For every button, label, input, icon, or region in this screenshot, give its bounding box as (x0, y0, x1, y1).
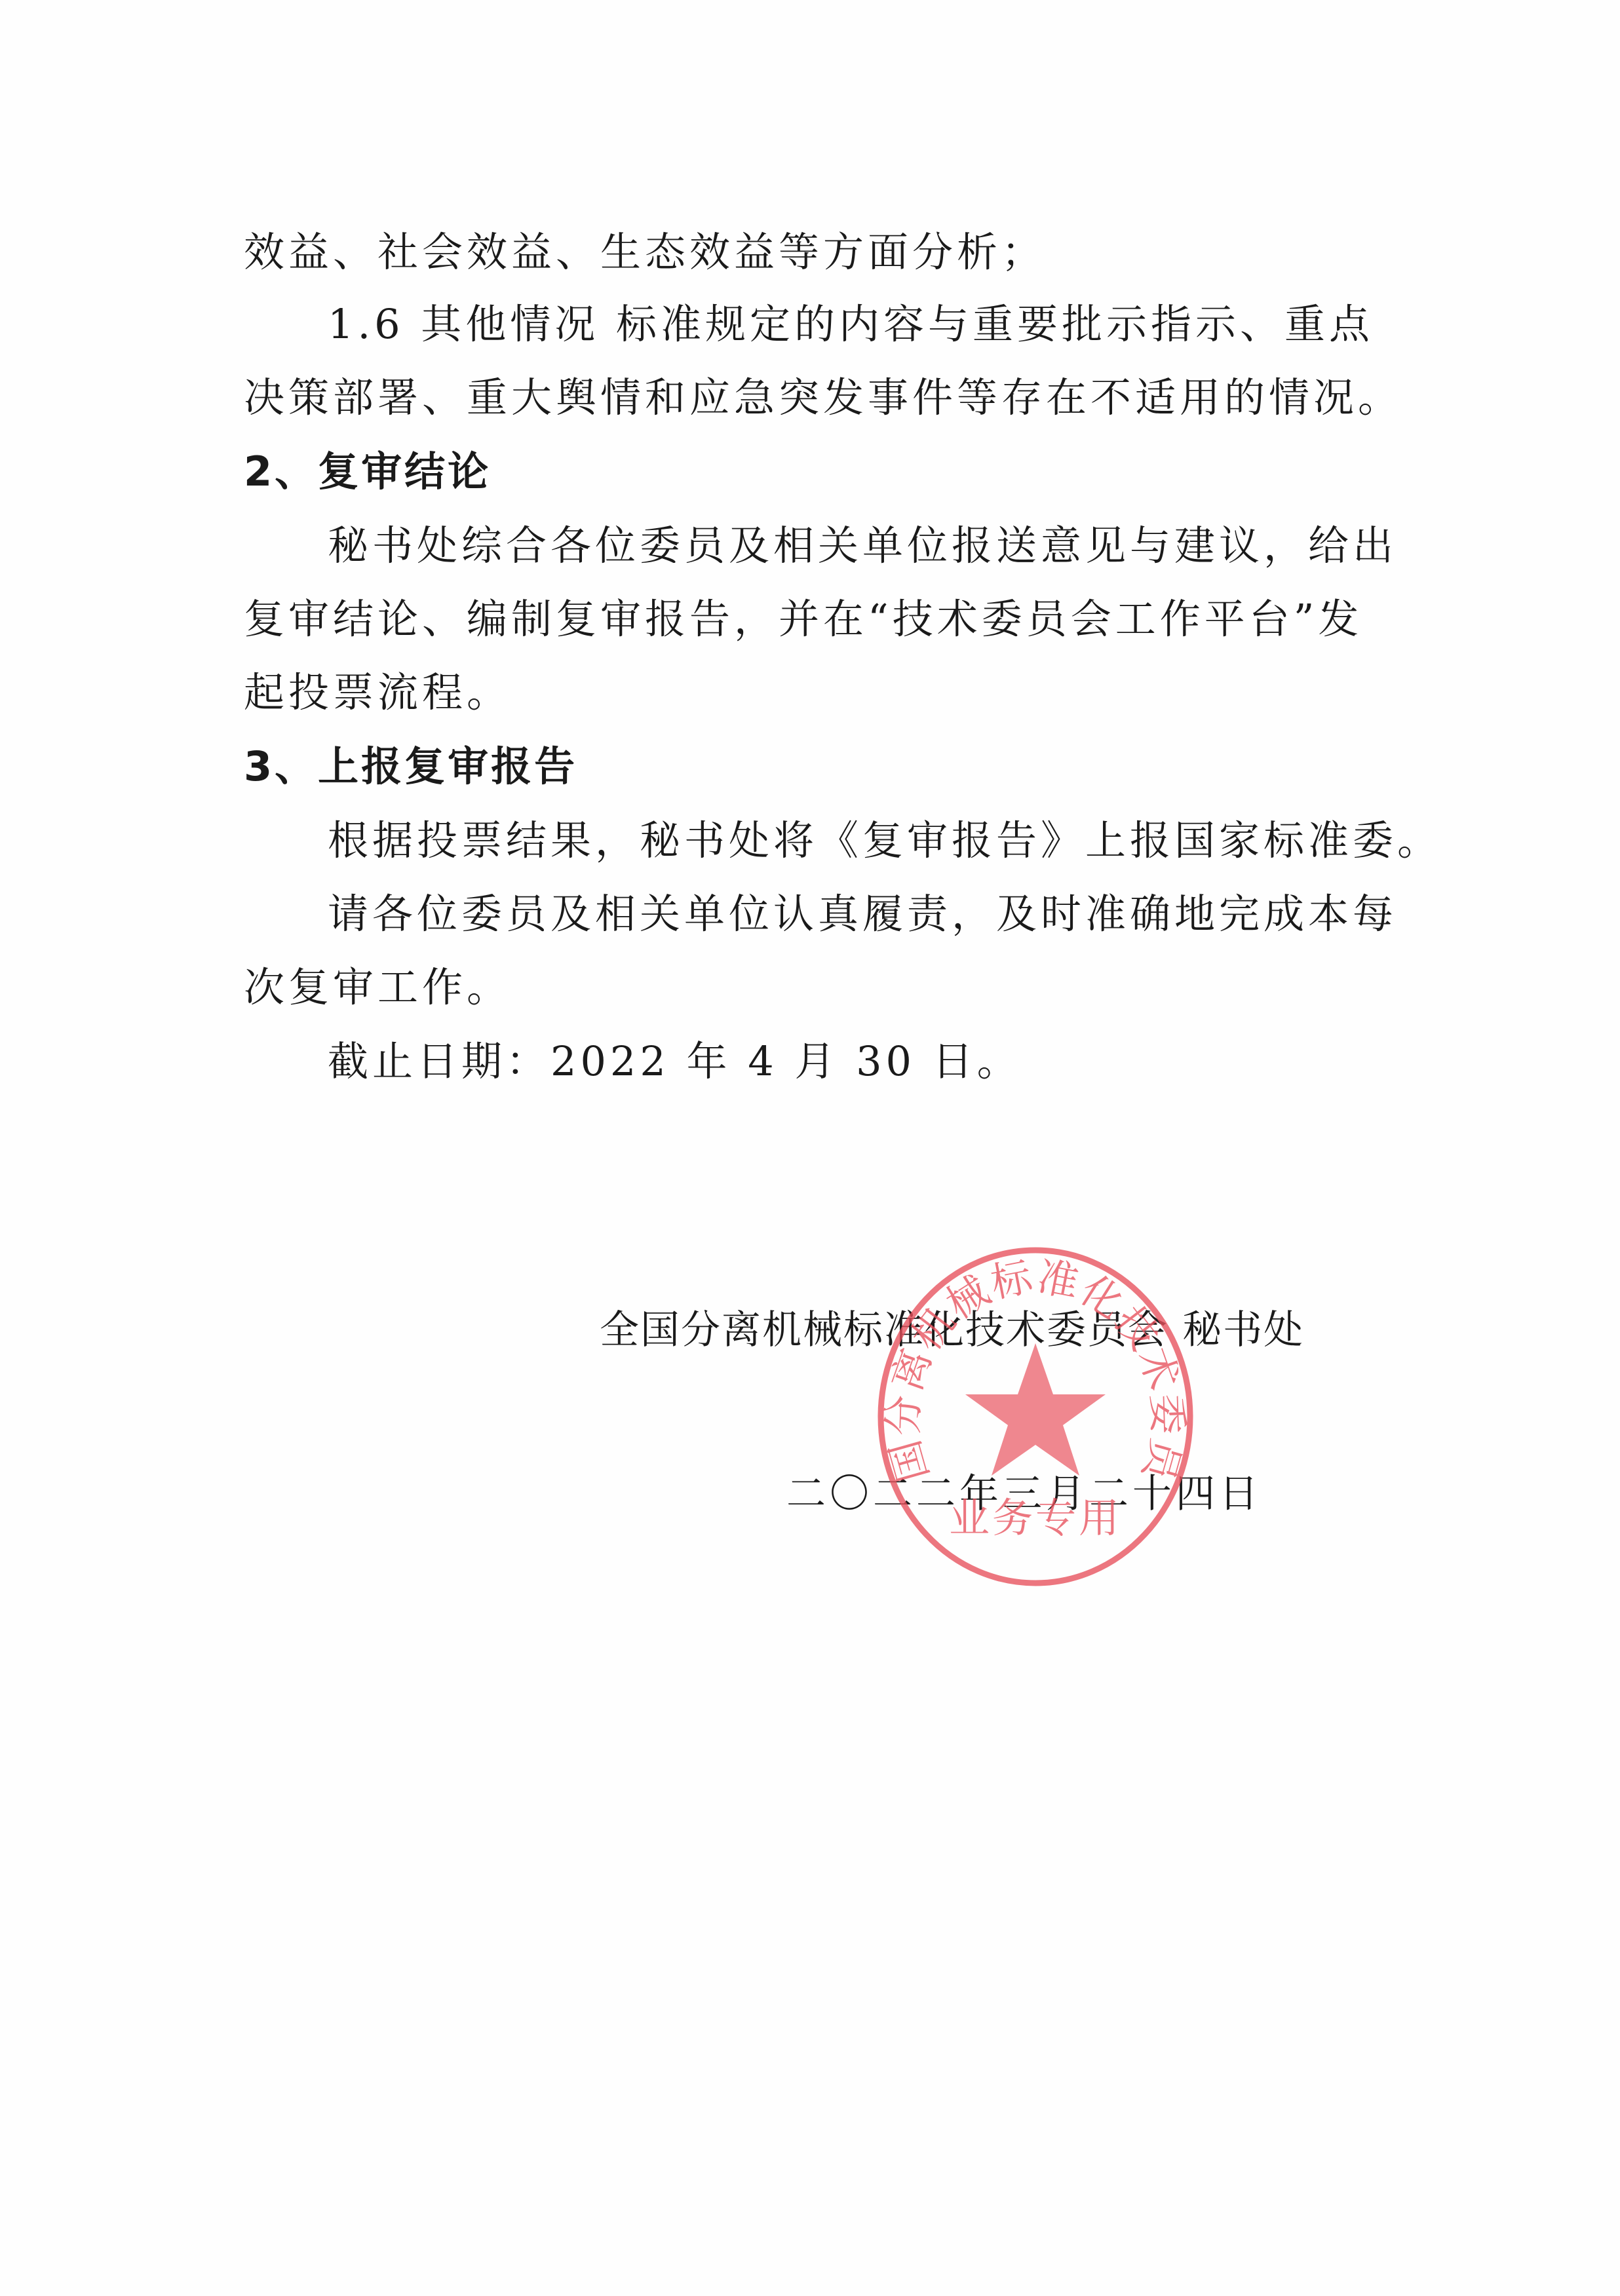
section-heading-submit-report: 3、上报复审报告 (244, 731, 1358, 803)
paragraph-line: 起投票流程。 (244, 657, 1358, 729)
official-seal-stamp: 全国分离机械标准化技术委员会 业务专用 (875, 1245, 1196, 1589)
paragraph-line: 决策部署、重大舆情和应急突发事件等存在不适用的情况。 (244, 362, 1358, 434)
paragraph-line: 秘书处综合各位委员及相关单位报送意见与建议，给出 (328, 510, 1442, 582)
section-heading-review-conclusion: 2、复审结论 (244, 436, 1358, 508)
document-page: 效益、社会效益、生态效益等方面分析； 1.6 其他情况 标准规定的内容与重要批示… (0, 0, 1620, 2296)
paragraph-line: 请各位委员及相关单位认真履责，及时准确地完成本每 (328, 878, 1442, 950)
paragraph-line: 复审结论、编制复审报告，并在“技术委员会工作平台”发 (244, 583, 1358, 655)
stamp-bottom-text: 业务专用 (949, 1494, 1122, 1542)
paragraph-line: 效益、社会效益、生态效益等方面分析； (244, 216, 1358, 288)
paragraph-line: 1.6 其他情况 标准规定的内容与重要批示指示、重点 (328, 288, 1442, 360)
paragraph-line: 次复审工作。 (244, 951, 1358, 1024)
star-icon (965, 1343, 1106, 1476)
deadline-line: 截止日期：2022 年 4 月 30 日。 (328, 1025, 1442, 1098)
paragraph-line: 根据投票结果，秘书处将《复审报告》上报国家标准委。 (328, 805, 1442, 877)
